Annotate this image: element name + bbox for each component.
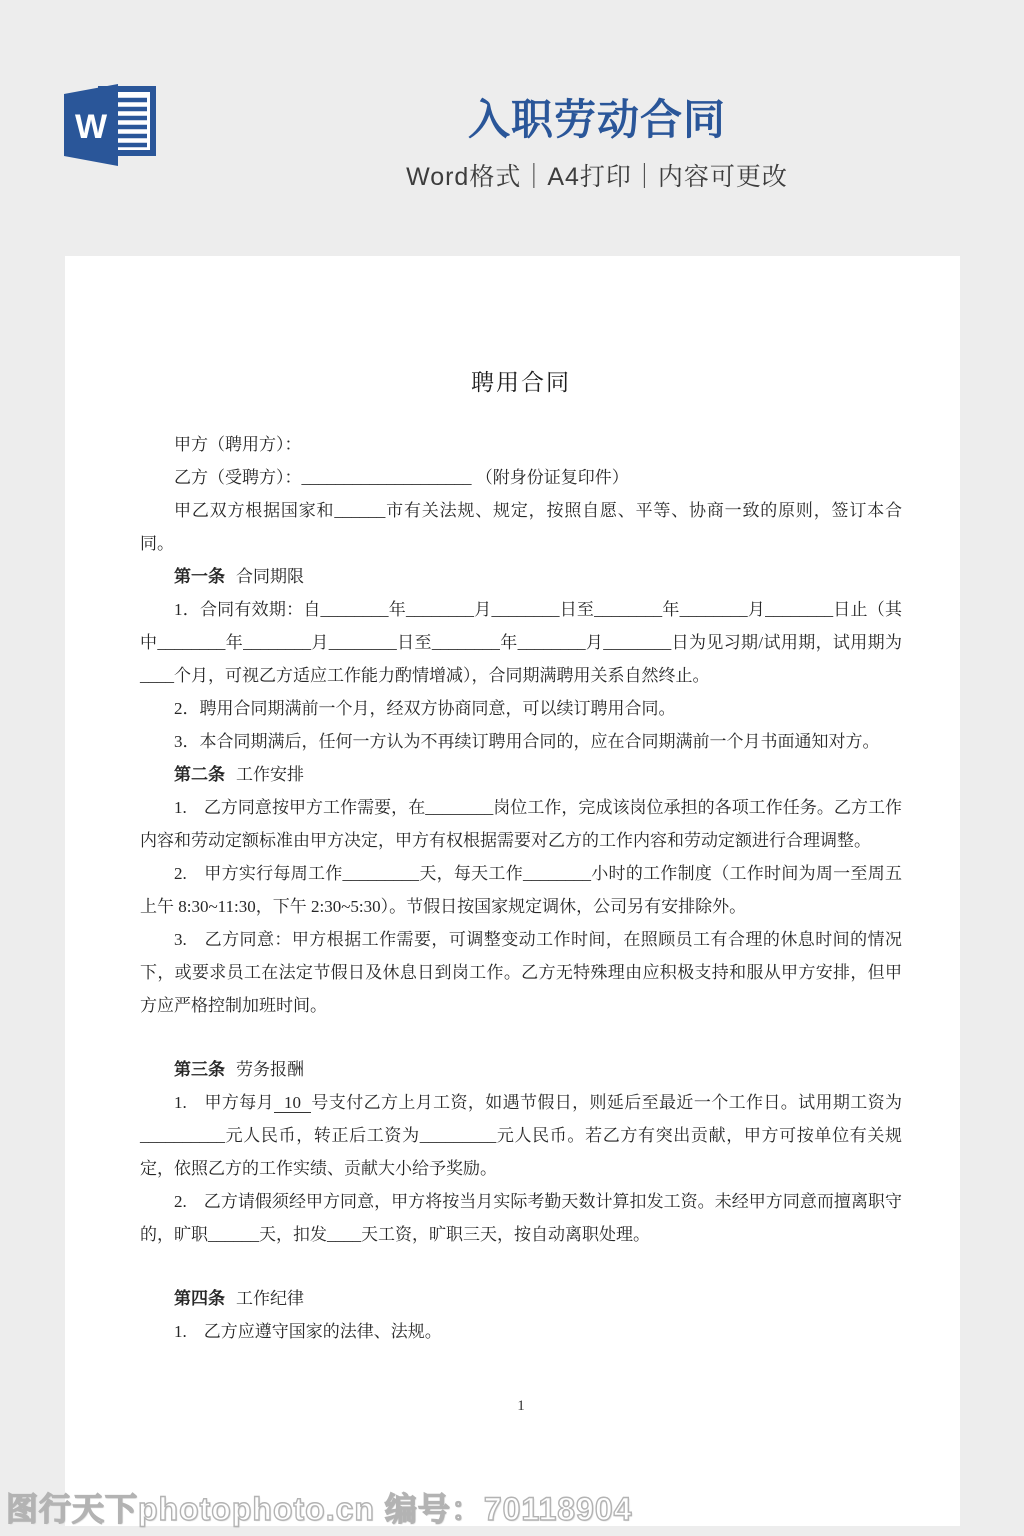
word-icon: W	[64, 83, 160, 167]
para-party-a: 甲方（聘用方）：	[140, 428, 902, 461]
document-content: 聘用合同 甲方（聘用方）： 乙方（受聘方）：__________________…	[65, 256, 960, 1423]
heading-article-4-num: 第四条	[174, 1289, 225, 1308]
watermark-text: 图行天下photophoto.cn 编号：70118904	[0, 1486, 1024, 1536]
template-subtitle: Word格式｜A4打印｜内容可更改	[180, 157, 1014, 193]
template-title: 入职劳动合同	[180, 96, 1014, 144]
para-2-2: 2. 甲方实行每周工作_________天，每天工作________小时的工作制…	[140, 857, 902, 923]
para-4-1: 1. 乙方应遵守国家的法律、法规。	[140, 1315, 902, 1348]
para-1-2: 2．聘用合同期满前一个月，经双方协商同意，可以续订聘用合同。	[140, 692, 902, 725]
contract-title: 聘用合同	[140, 368, 902, 398]
heading-article-4: 第四条工作纪律	[140, 1282, 902, 1315]
para-1-3: 3．本合同期满后，任何一方认为不再续订聘用合同的，应在合同期满前一个月书面通知对…	[140, 725, 902, 758]
heading-article-1-label: 合同期限	[236, 567, 304, 586]
para-preamble: 甲乙双方根据国家和______市有关法规、规定，按照自愿、平等、协商一致的原则，…	[140, 494, 902, 560]
heading-article-1: 第一条合同期限	[140, 560, 902, 593]
heading-article-2-label: 工作安排	[236, 765, 304, 784]
heading-article-2-num: 第二条	[174, 765, 225, 784]
para-3-1-filled-value: 10	[274, 1093, 311, 1113]
para-3-2: 2. 乙方请假须经甲方同意，甲方将按当月实际考勤天数计算扣发工资。未经甲方同意而…	[140, 1185, 902, 1251]
heading-article-3-label: 劳务报酬	[236, 1060, 304, 1079]
para-3-1: 1. 甲方每月10号支付乙方上月工资，如遇节假日，则延后至最近一个工作日。试用期…	[140, 1086, 902, 1185]
para-3-1-pre: 1. 甲方每月	[174, 1093, 274, 1112]
para-2-1: 1. 乙方同意按甲方工作需要，在________岗位工作，完成该岗位承担的各项工…	[140, 791, 902, 857]
para-party-b: 乙方（受聘方）：____________________ （附身份证复印件）	[140, 461, 902, 494]
document-page: 聘用合同 甲方（聘用方）： 乙方（受聘方）：__________________…	[65, 256, 960, 1526]
page-number: 1	[140, 1390, 902, 1423]
header-text: 入职劳动合同 Word格式｜A4打印｜内容可更改	[180, 96, 1014, 193]
heading-article-4-label: 工作纪律	[236, 1289, 304, 1308]
word-icon-letter: W	[75, 108, 108, 146]
para-1-1: 1．合同有效期：自________年________月________日至___…	[140, 593, 902, 692]
heading-article-3-num: 第三条	[174, 1060, 225, 1079]
template-header: W 入职劳动合同 Word格式｜A4打印｜内容可更改	[0, 0, 1024, 256]
heading-article-2: 第二条工作安排	[140, 758, 902, 791]
heading-article-3: 第三条劳务报酬	[140, 1053, 902, 1086]
para-2-3: 3. 乙方同意：甲方根据工作需要，可调整变动工作时间，在照顾员工有合理的休息时间…	[140, 923, 902, 1022]
heading-article-1-num: 第一条	[174, 567, 225, 586]
